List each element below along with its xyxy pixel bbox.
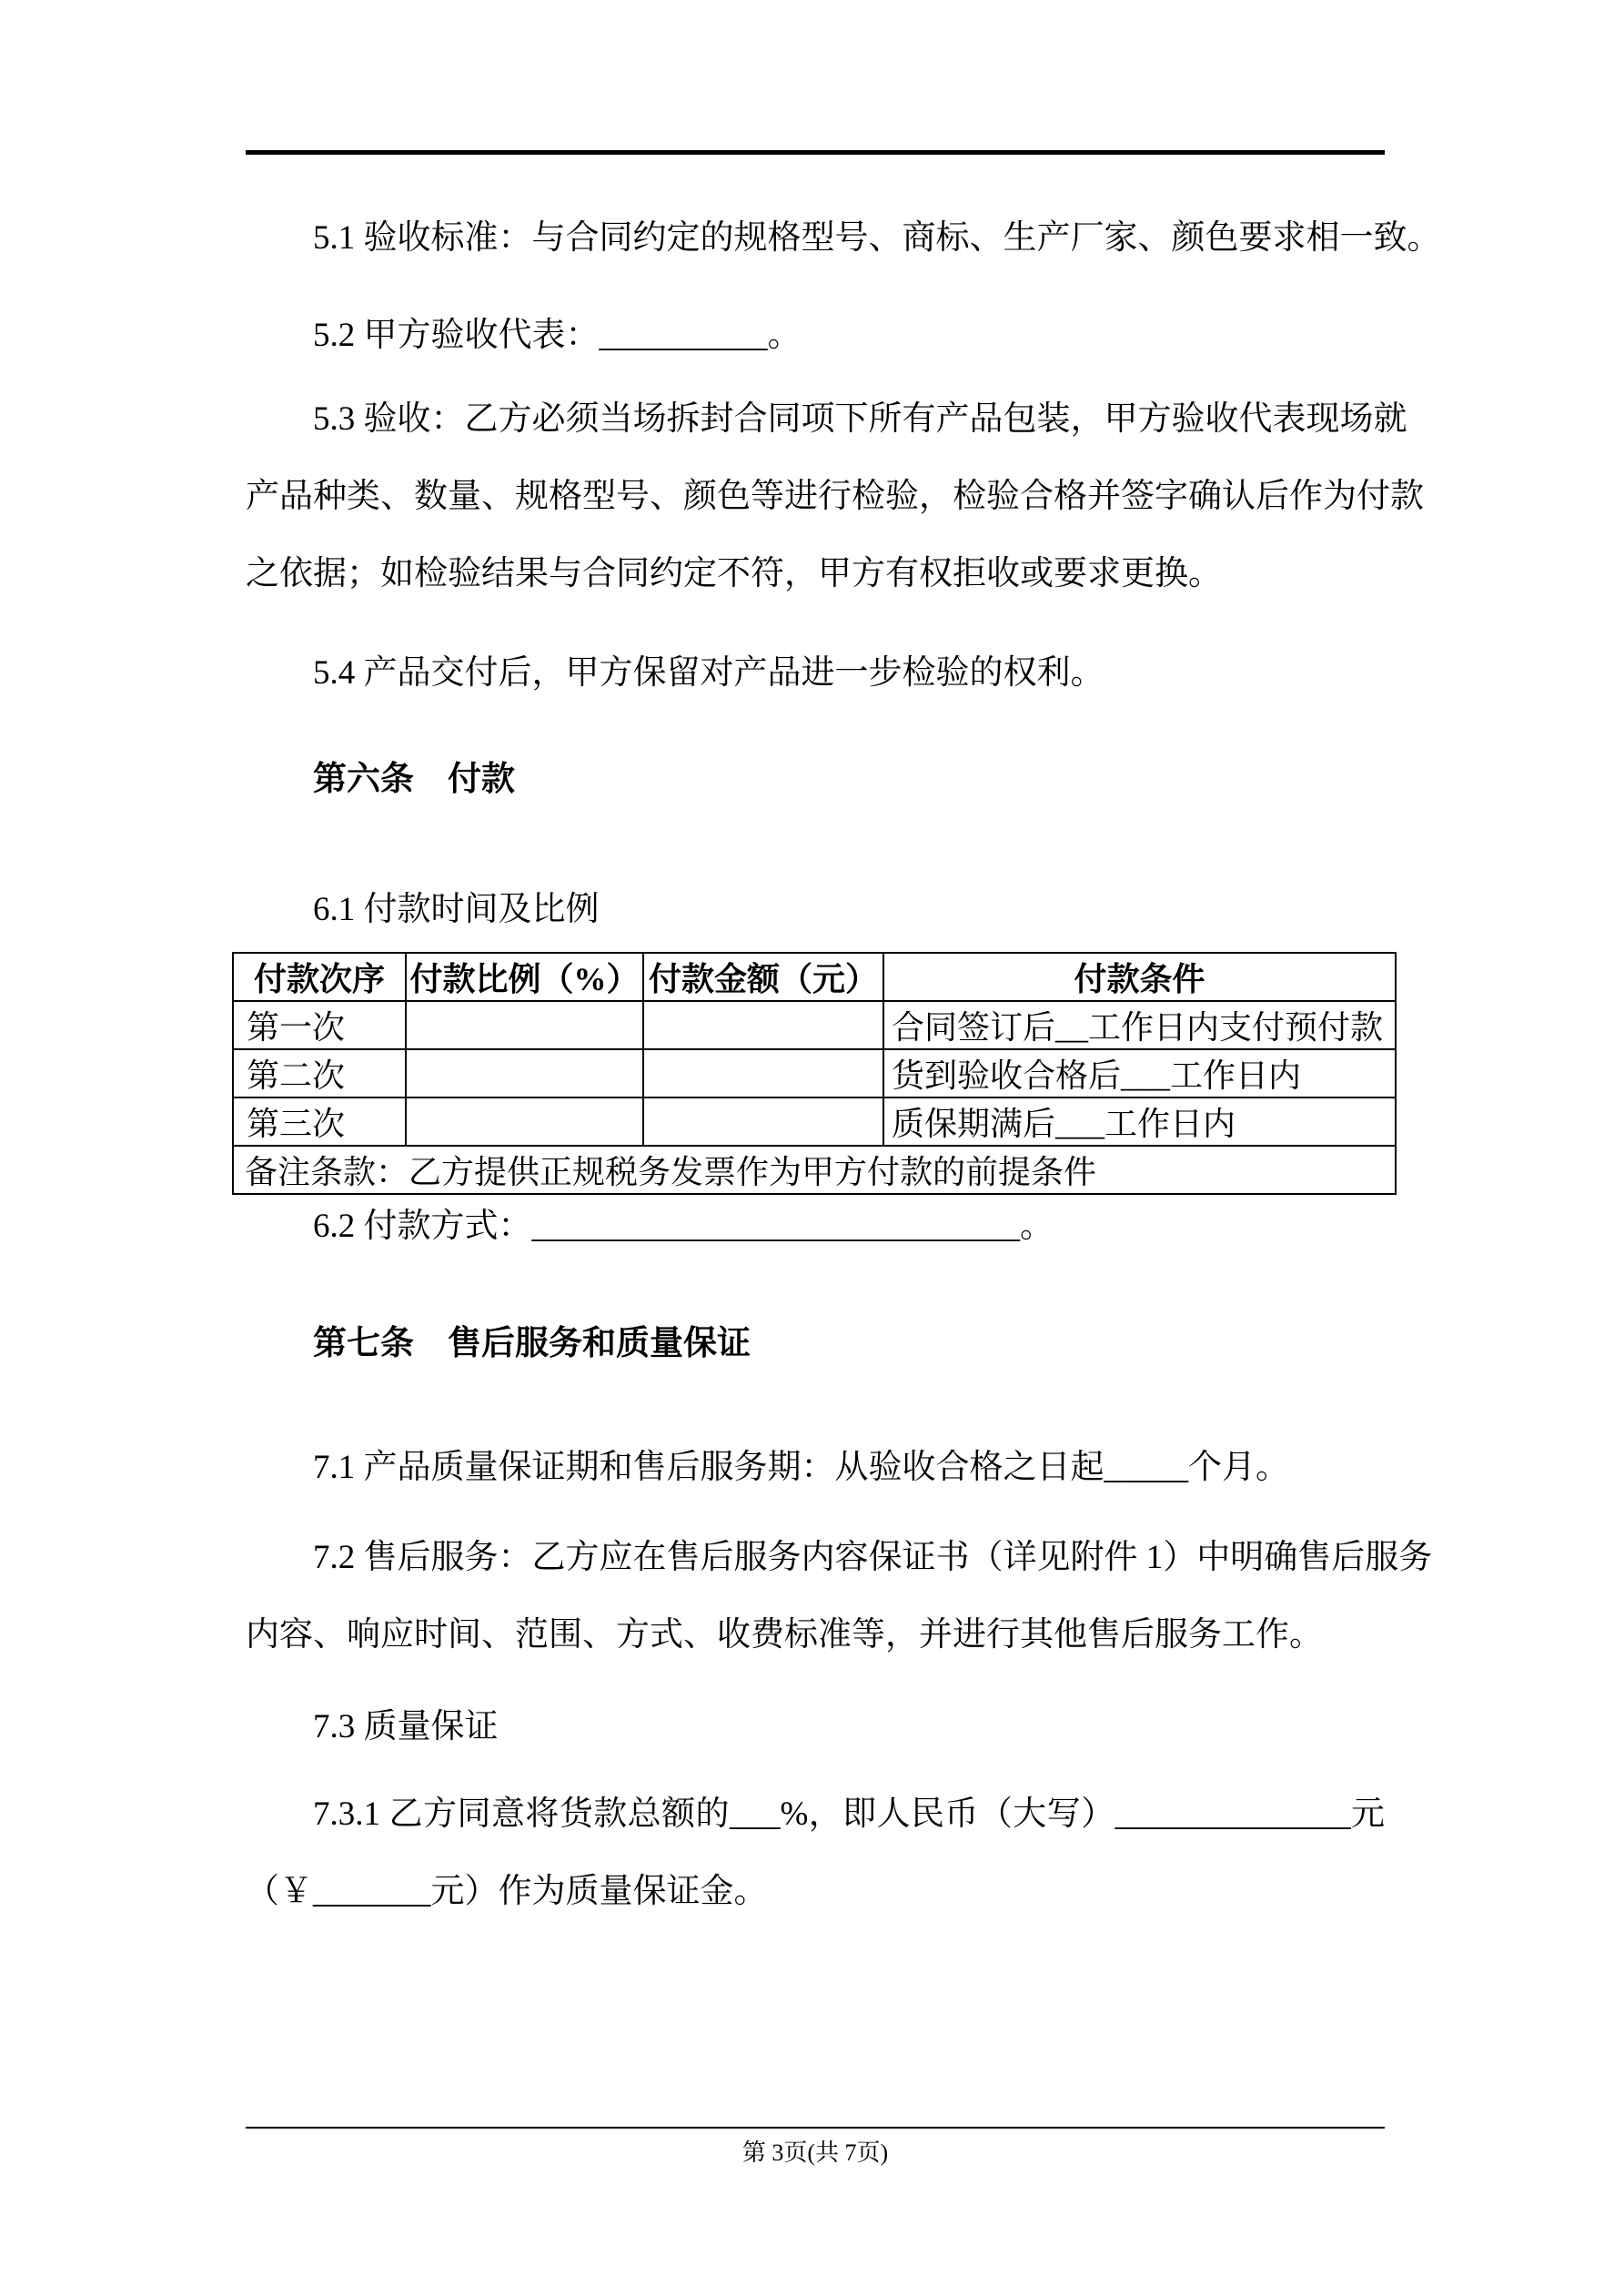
cell-amount [643, 1097, 883, 1146]
clause-5-4: 5.4 产品交付后，甲方保留对产品进一步检验的权利。 [246, 634, 1385, 712]
clause-5-3-line-3: 之依据；如检验结果与合同约定不符，甲方有权拒收或要求更换。 [246, 535, 1385, 612]
column-header-ratio: 付款比例（%） [406, 953, 643, 1001]
cell-condition: 质保期满后___工作日内 [883, 1097, 1396, 1146]
clause-7-2-line-2: 内容、响应时间、范围、方式、收费标准等，并进行其他售后服务工作。 [246, 1596, 1385, 1674]
table-row: 第二次 货到验收合格后___工作日内 [233, 1049, 1396, 1097]
page-footer: 第 3页(共 7页) [246, 2131, 1385, 2175]
clause-7-3: 7.3 质量保证 [246, 1688, 1385, 1765]
cell-order: 第三次 [233, 1097, 406, 1146]
footer-rule [246, 2127, 1385, 2129]
clause-7-3-1-line-1: 7.3.1 乙方同意将货款总额的___%，即人民币（大写）___________… [246, 1775, 1385, 1853]
document-page: 5.1 验收标准：与合同约定的规格型号、商标、生产厂家、颜色要求相一致。 5.2… [0, 0, 1624, 2296]
cell-condition: 货到验收合格后___工作日内 [883, 1049, 1396, 1097]
clause-7-2: 7.2 售后服务：乙方应在售后服务内容保证书（详见附件 1）中明确售后服务 内容… [246, 1519, 1385, 1674]
clause-7-1: 7.1 产品质量保证期和售后服务期：从验收合格之日起_____个月。 [246, 1429, 1385, 1506]
cell-ratio [406, 1049, 643, 1097]
clause-5-1: 5.1 验收标准：与合同约定的规格型号、商标、生产厂家、颜色要求相一致。 [246, 199, 1385, 277]
cell-order: 第一次 [233, 1001, 406, 1049]
clause-6-2: 6.2 付款方式：_____________________________。 [246, 1188, 1385, 1265]
payment-table-header-row: 付款次序 付款比例（%） 付款金额（元） 付款条件 [233, 953, 1396, 1001]
clause-7-3-1: 7.3.1 乙方同意将货款总额的___%，即人民币（大写）___________… [246, 1775, 1385, 1930]
heading-article-7: 第七条 售后服务和质量保证 [246, 1305, 1385, 1382]
clause-5-2: 5.2 甲方验收代表：__________。 [246, 297, 1385, 374]
column-header-condition: 付款条件 [883, 953, 1396, 1001]
payment-table: 付款次序 付款比例（%） 付款金额（元） 付款条件 第一次 合同签订后__工作日… [232, 952, 1397, 1195]
cell-amount [643, 1049, 883, 1097]
column-header-amount: 付款金额（元） [643, 953, 883, 1001]
cell-ratio [406, 1001, 643, 1049]
clause-5-3: 5.3 验收：乙方必须当场拆封合同项下所有产品包装，甲方验收代表现场就 产品种类… [246, 380, 1385, 612]
heading-article-6: 第六条 付款 [246, 741, 1385, 818]
clause-5-3-line-1: 5.3 验收：乙方必须当场拆封合同项下所有产品包装，甲方验收代表现场就 [246, 380, 1385, 458]
clause-7-3-1-line-2: （￥_______元）作为质量保证金。 [246, 1853, 1385, 1930]
clause-7-2-line-1: 7.2 售后服务：乙方应在售后服务内容保证书（详见附件 1）中明确售后服务 [246, 1519, 1385, 1596]
cell-ratio [406, 1097, 643, 1146]
clause-6-1: 6.1 付款时间及比例 [246, 871, 1385, 948]
clause-5-3-line-2: 产品种类、数量、规格型号、颜色等进行检验，检验合格并签字确认后作为付款 [246, 458, 1385, 535]
header-rule [246, 150, 1385, 155]
cell-order: 第二次 [233, 1049, 406, 1097]
cell-condition: 合同签订后__工作日内支付预付款 [883, 1001, 1396, 1049]
table-row: 第一次 合同签订后__工作日内支付预付款 [233, 1001, 1396, 1049]
table-row: 第三次 质保期满后___工作日内 [233, 1097, 1396, 1146]
cell-amount [643, 1001, 883, 1049]
column-header-order: 付款次序 [233, 953, 406, 1001]
